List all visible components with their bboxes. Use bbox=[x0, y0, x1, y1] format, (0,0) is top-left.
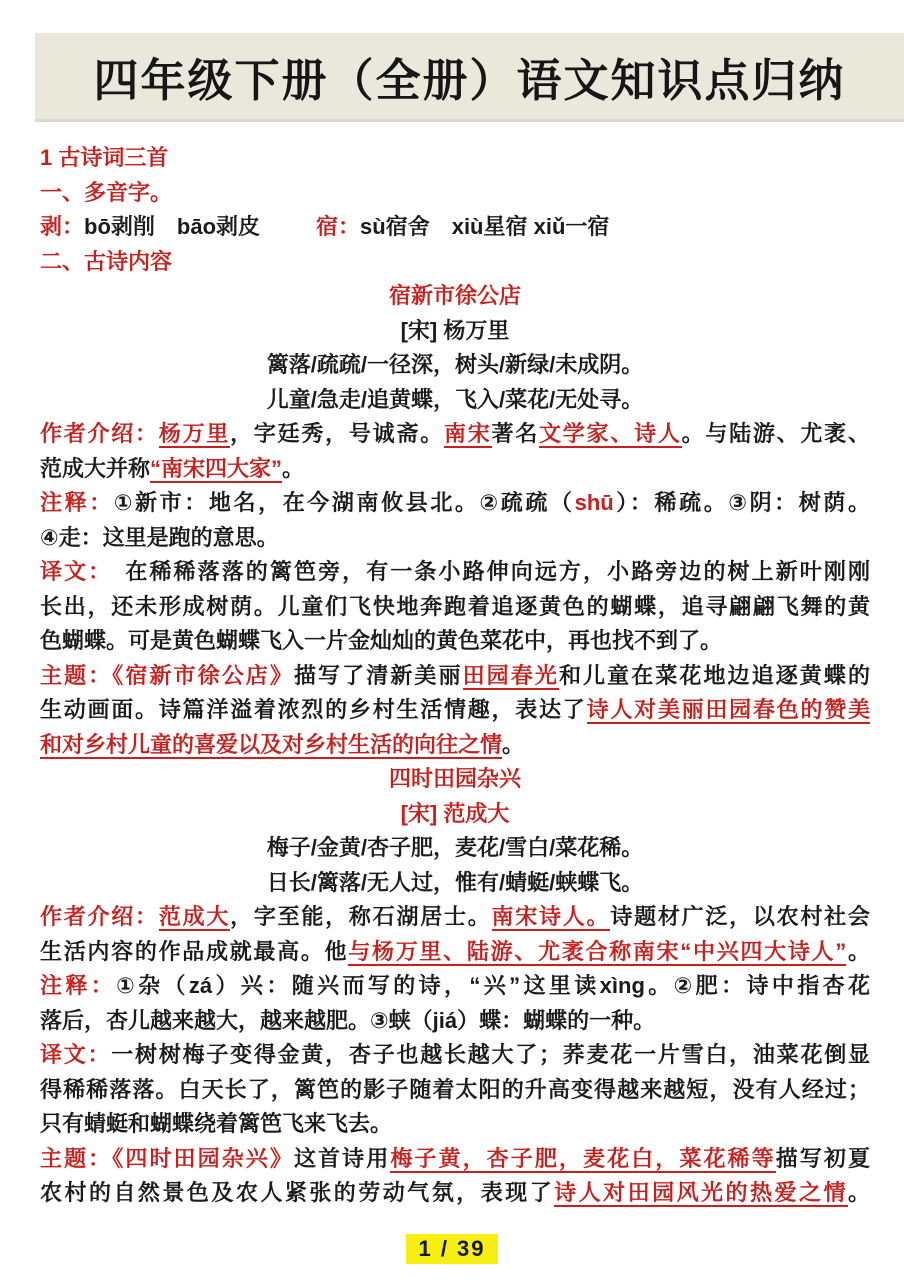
poem-2-translation-line-3: 只有蜻蜓和蝴蝶绕着篱笆飞来飞去。 bbox=[40, 1107, 870, 1142]
title-banner: 四年级下册（全册）语文知识点归纳 bbox=[35, 33, 904, 122]
text-segment: 儿童/急走/追黄蝶，飞入/菜花/无处寻。 bbox=[267, 387, 643, 412]
poem-2-theme-line-2: 农村的自然景色及农人紧张的劳动气氛，表现了诗人对田园风光的热爱之情。 bbox=[40, 1176, 870, 1211]
document-page: 四年级下册（全册）语文知识点归纳 1 古诗词三首一、多音字。剥：bō剥削 bāo… bbox=[0, 0, 904, 1280]
text-segment: shū bbox=[575, 490, 614, 515]
text-segment: 译文： bbox=[40, 1042, 111, 1067]
poem-2-notes-line-2: 落后，杏儿越来越大，越来越肥。③蛱（jiá）蝶：蝴蝶的一种。 bbox=[40, 1004, 870, 1039]
text-segment: ）：稀疏。③阴：树荫。 bbox=[614, 490, 870, 515]
poem-1-verse-1: 篱落/疏疏/一径深，树头/新绿/未成阴。 bbox=[40, 348, 870, 383]
poem-2-author-intro-line-1: 作者介绍：范成大，字至能，称石湖居士。南宋诗人。诗题材广泛，以农村社会 bbox=[40, 900, 870, 935]
page-title: 四年级下册（全册）语文知识点归纳 bbox=[93, 44, 845, 109]
text-segment: 《四时田园杂兴》 bbox=[112, 1146, 294, 1171]
poem-1-notes-line-2: ④走：这里是跑的意思。 bbox=[40, 521, 870, 556]
text-segment: 诗人对美丽田园春色的赞美 bbox=[587, 697, 870, 724]
text-segment: 。 bbox=[848, 1180, 870, 1205]
text-segment: ①新市：地名，在今湖南攸县北。②疏疏（ bbox=[114, 490, 575, 515]
page-footer: 1 / 39 bbox=[0, 1234, 904, 1264]
text-segment: 宿新市徐公店 bbox=[389, 283, 521, 308]
text-segment: 《宿新市徐公店》 bbox=[112, 663, 294, 688]
text-segment: 色蝴蝶。可是黄色蝴蝶飞入一片金灿灿的黄色菜花中，再也找不到了。 bbox=[40, 628, 722, 653]
section-2-heading: 二、古诗内容 bbox=[40, 245, 870, 280]
poem-1-theme-line-1: 主题：《宿新市徐公店》描写了清新美丽田园春光和儿童在菜花地边追逐黄蝶的 bbox=[40, 659, 870, 694]
poem-1-author: [宋] 杨万里 bbox=[40, 314, 870, 349]
text-segment: 诗题材广泛，以农村社会 bbox=[610, 904, 870, 929]
text-segment: 南宋诗人。 bbox=[492, 904, 611, 931]
text-segment: 南宋 bbox=[444, 421, 492, 448]
text-segment: [宋] 范成大 bbox=[401, 801, 510, 826]
text-segment: 生活内容的作品成就最高。他 bbox=[40, 939, 348, 964]
poem-1-translation-line-3: 色蝴蝶。可是黄色蝴蝶飞入一片金灿灿的黄色菜花中，再也找不到了。 bbox=[40, 624, 870, 659]
text-segment: 剥： bbox=[40, 214, 84, 239]
poem-2-theme-line-1: 主题：《四时田园杂兴》这首诗用梅子黄，杏子肥，麦花白，菜花稀等描写初夏 bbox=[40, 1142, 870, 1177]
text-segment: “南宋四大家” bbox=[150, 456, 282, 483]
text-segment: 这首诗用 bbox=[294, 1146, 390, 1171]
poem-2-translation-line-1: 译文：一树树梅子变得金黄，杏子也越长越大了；荞麦花一片雪白，油菜花倒显 bbox=[40, 1038, 870, 1073]
text-segment: 作者介绍： bbox=[40, 904, 159, 929]
text-segment: 只有蜻蜓和蝴蝶绕着篱笆飞来飞去。 bbox=[40, 1111, 392, 1136]
text-segment: 落后，杏儿越来越大，越来越肥。③蛱（jiá）蝶：蝴蝶的一种。 bbox=[40, 1008, 655, 1033]
text-segment: 长出，还未形成树荫。儿童们飞快地奔跑着追逐黄色的蝴蝶，追寻翩翩飞舞的黄 bbox=[40, 594, 870, 619]
text-segment: 主题： bbox=[40, 1146, 112, 1171]
poem-2-translation-line-2: 得稀稀落落。白天长了，篱笆的影子随着太阳的升高变得越来越短，没有人经过； bbox=[40, 1073, 870, 1108]
poem-1-verse-2: 儿童/急走/追黄蝶，飞入/菜花/无处寻。 bbox=[40, 383, 870, 418]
text-segment: 宿： bbox=[316, 214, 360, 239]
text-segment: [宋] 杨万里 bbox=[401, 318, 510, 343]
text-segment: 农村的自然景色及农人紧张的劳动气氛，表现了 bbox=[40, 1180, 554, 1205]
text-segment: 。与陆游、尤袤、 bbox=[682, 421, 870, 446]
polyphone-line: 剥：bō剥削 bāo剥皮宿：sù宿舍 xiù星宿 xiǔ一宿 bbox=[40, 210, 870, 245]
text-segment: ④走：这里是跑的意思。 bbox=[40, 525, 279, 550]
text-segment: 和对乡村儿童的喜爱以及对乡村生活的向往之情 bbox=[40, 732, 502, 759]
text-segment: 在稀稀落落的篱笆旁，有一条小路伸向远方，小路旁边的树上新叶刚刚 bbox=[101, 559, 870, 584]
text-segment: 译文： bbox=[40, 559, 101, 584]
poem-1-author-intro-line-1: 作者介绍：杨万里，字廷秀，号诚斋。南宋著名文学家、诗人。与陆游、尤袤、 bbox=[40, 417, 870, 452]
document-body: 1 古诗词三首一、多音字。剥：bō剥削 bāo剥皮宿：sù宿舍 xiù星宿 xi… bbox=[40, 141, 870, 1211]
text-segment: 田园春光 bbox=[463, 663, 559, 690]
text-segment: 。 bbox=[282, 456, 304, 481]
text-segment: 一树树梅子变得金黄，杏子也越长越大了；荞麦花一片雪白，油菜花倒显 bbox=[111, 1042, 870, 1067]
poem-1-notes-line-1: 注释：①新市：地名，在今湖南攸县北。②疏疏（shū）：稀疏。③阴：树荫。 bbox=[40, 486, 870, 521]
text-segment: 描写了清新美丽 bbox=[294, 663, 463, 688]
text-segment: ①杂（zá）兴：随兴而写的诗，“兴”这里读xìng。②肥：诗中指杏花 bbox=[116, 973, 870, 998]
poem-2-verse-1: 梅子/金黄/杏子肥，麦花/雪白/菜花稀。 bbox=[40, 831, 870, 866]
poem-2-title: 四时田园杂兴 bbox=[40, 762, 870, 797]
section-1-heading: 一、多音字。 bbox=[40, 176, 870, 211]
text-segment: ，字至能，称石湖居士。 bbox=[230, 904, 491, 929]
poem-2-verse-2: 日长/篱落/无人过，惟有/蜻蜓/蛱蝶飞。 bbox=[40, 866, 870, 901]
poem-2-author-intro-line-2: 生活内容的作品成就最高。他与杨万里、陆游、尤袤合称南宋“中兴四大诗人”。 bbox=[40, 935, 870, 970]
text-segment: 范成大并称 bbox=[40, 456, 150, 481]
text-segment: 。 bbox=[502, 732, 524, 757]
poem-1-theme-line-3: 和对乡村儿童的喜爱以及对乡村生活的向往之情。 bbox=[40, 728, 870, 763]
text-segment: bō剥削 bāo剥皮 bbox=[84, 214, 260, 239]
text-segment: 二、古诗内容 bbox=[40, 249, 172, 274]
text-segment: 主题： bbox=[40, 663, 112, 688]
text-segment: 生动画面。诗篇洋溢着浓烈的乡村生活情趣，表达了 bbox=[40, 697, 587, 722]
text-segment: 日长/篱落/无人过，惟有/蜻蜓/蛱蝶飞。 bbox=[267, 870, 643, 895]
text-segment: 四时田园杂兴 bbox=[389, 766, 521, 791]
poem-2-notes-line-1: 注释：①杂（zá）兴：随兴而写的诗，“兴”这里读xìng。②肥：诗中指杏花 bbox=[40, 969, 870, 1004]
text-segment: 范成大 bbox=[159, 904, 230, 931]
poem-1-translation-line-2: 长出，还未形成树荫。儿童们飞快地奔跑着追逐黄色的蝴蝶，追寻翩翩飞舞的黄 bbox=[40, 590, 870, 625]
text-segment: 得稀稀落落。白天长了，篱笆的影子随着太阳的升高变得越来越短，没有人经过； bbox=[40, 1077, 870, 1102]
page-number-badge: 1 / 39 bbox=[406, 1234, 497, 1264]
text-segment: 梅子黄，杏子肥，麦花白，菜花稀等 bbox=[390, 1146, 775, 1173]
text-segment: 和儿童在菜花地边追逐黄蝶的 bbox=[559, 663, 870, 688]
text-segment: 1 古诗词三首 bbox=[40, 145, 168, 170]
poem-1-title: 宿新市徐公店 bbox=[40, 279, 870, 314]
poem-1-translation-line-1: 译文： 在稀稀落落的篱笆旁，有一条小路伸向远方，小路旁边的树上新叶刚刚 bbox=[40, 555, 870, 590]
poem-1-author-intro-line-2: 范成大并称“南宋四大家”。 bbox=[40, 452, 870, 487]
lesson-1-heading: 1 古诗词三首 bbox=[40, 141, 870, 176]
text-segment: 杨万里 bbox=[159, 421, 230, 448]
text-segment: sù宿舍 xiù星宿 xiǔ一宿 bbox=[360, 214, 609, 239]
poem-1-theme-line-2: 生动画面。诗篇洋溢着浓烈的乡村生活情趣，表达了诗人对美丽田园春色的赞美 bbox=[40, 693, 870, 728]
text-segment: ，字廷秀，号诚斋。 bbox=[230, 421, 444, 446]
text-segment: 描写初夏 bbox=[776, 1146, 870, 1171]
text-segment: 著名 bbox=[492, 421, 540, 446]
text-segment: 作者介绍： bbox=[40, 421, 159, 446]
text-segment: 与杨万里、陆游、尤袤合称南宋“中兴四大诗人” bbox=[348, 939, 846, 966]
text-segment: 篱落/疏疏/一径深，树头/新绿/未成阴。 bbox=[267, 352, 643, 377]
text-segment: 梅子/金黄/杏子肥，麦花/雪白/菜花稀。 bbox=[267, 835, 643, 860]
text-segment: 。 bbox=[846, 939, 870, 964]
poem-2-author: [宋] 范成大 bbox=[40, 797, 870, 832]
text-segment: 注释： bbox=[40, 973, 116, 998]
text-segment: 诗人对田园风光的热爱之情 bbox=[554, 1180, 848, 1207]
text-segment: 一、多音字。 bbox=[40, 180, 172, 205]
text-segment: 注释： bbox=[40, 490, 114, 515]
text-segment: 文学家、诗人 bbox=[539, 421, 682, 448]
